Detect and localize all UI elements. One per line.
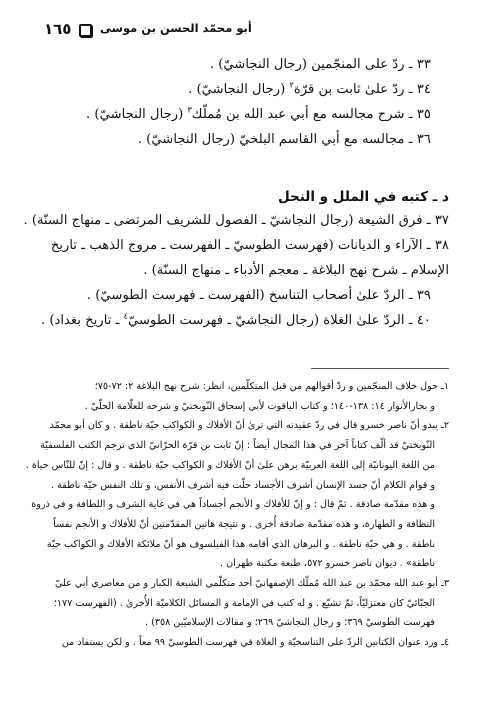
item-number: ٤٠	[417, 313, 431, 328]
footnote-line: النظافة و الطهارة، و هذه مقدّمة صادقة أُ…	[39, 515, 449, 535]
footnote-number: ٤ـ	[441, 637, 449, 648]
footnote-line: و قوام الكلام أنّ جسد الإنسان أشرف الأجس…	[39, 476, 449, 496]
item-text: الإسلام ـ شرح نهج البلاغة ـ معجم الأدباء…	[143, 263, 449, 278]
footnote-line: من اللغة اليونانيّة إلى اللغة العربيّة ب…	[39, 456, 449, 476]
footnote-number: ١ـ	[441, 381, 449, 392]
footnote-line: فهرست الطوسيّ ٣٦٩؛ و رجال النجاشيّ ٢٦٩؛ …	[39, 613, 449, 633]
footnote-line: و بحارالأنوار ١٤: ١٣٨-١٤٠؛ و كتاب الياقو…	[39, 397, 449, 417]
footnote-line: الجبّائيّ كان معتزليّاً، ثمّ تشيّع . و ل…	[39, 594, 449, 614]
footnote-divider	[311, 368, 449, 369]
footnote-line: ناطقة . و هي حيّة ناطقة . و البرهان الذي…	[39, 535, 449, 555]
footnote-number: ٢ـ	[441, 420, 449, 431]
item-text: ـ الردّ علىٰ الغلاة (رجال النجاشيّ ـ فهر…	[128, 313, 413, 328]
footnote-4: ٤ـ ورد عنوان الكتابين الردّ على التناسخي…	[39, 633, 449, 653]
item-text: ـ ردّ علىٰ ثابت بن قرّة	[294, 82, 413, 97]
square-box-icon	[79, 24, 92, 37]
item-text: ـ فرق الشيعة (رجال النجاشيّ ـ الفصول للش…	[23, 213, 430, 228]
item-text: ـ الآراء و الديانات (فهرست الطوسيّ ـ الف…	[51, 238, 431, 253]
list-item-40: ٤٠ ـ الردّ علىٰ الغلاة (رجال النجاشيّ ـ …	[39, 308, 449, 333]
footnotes: ١ـ حول خلاف المنجّمين و ردّ أقوالهم من ق…	[39, 377, 449, 653]
list-item-35: ٣٥ ـ شرح مجالسه مع أبي عبد الله بن مُملّ…	[39, 102, 449, 127]
list-item-34: ٣٤ ـ ردّ علىٰ ثابت بن قرّة٢ (رجال النجاش…	[39, 77, 449, 102]
running-header: ١٦٥ أبو محمّد الحسن بن موسى	[0, 20, 491, 40]
main-text: ٣٣ ـ ردّ على المنجّمين (رجال النجاشيّ) .…	[39, 52, 449, 333]
item-number: ٣٩	[417, 288, 431, 303]
item-text: ـ ردّ على المنجّمين (رجال النجاشيّ) .	[210, 57, 413, 72]
list-item-37: ٣٧ ـ فرق الشيعة (رجال النجاشيّ ـ الفصول …	[39, 208, 449, 233]
list-item-36: ٣٦ ـ مجالسه مع أبي القاسم البلخيّ (رجال …	[39, 127, 449, 152]
item-number: ٣٣	[417, 57, 431, 72]
footnote-line: ١ـ حول خلاف المنجّمين و ردّ أقوالهم من ق…	[39, 377, 449, 397]
item-number: ٣٦	[417, 132, 431, 147]
page-number: ١٦٥	[44, 20, 71, 38]
footnote-2: ٢ـ يبدو أنّ ناصر خسرو قال في ردّ عقيدته …	[39, 416, 449, 574]
footnote-number: ٣ـ	[441, 578, 449, 589]
footnote-line: ٢ـ يبدو أنّ ناصر خسرو قال في ردّ عقيدته …	[39, 416, 449, 436]
list-item-38-continued: الإسلام ـ شرح نهج البلاغة ـ معجم الأدباء…	[39, 258, 449, 283]
list-item-39: ٣٩ ـ الردّ علىٰ أصحاب التناسخ (الفهرست ـ…	[39, 283, 449, 308]
list-item-38: ٣٨ ـ الآراء و الديانات (فهرست الطوسيّ ـ …	[39, 233, 449, 258]
footnote-line: النّوبختيّ قد ألّف كتاباً آخر في هذا الم…	[39, 436, 449, 456]
item-number: ٣٤	[417, 82, 431, 97]
item-number: ٣٧	[435, 213, 449, 228]
footnote-line: ٣ـ أبو عبد الله محمّد بن عبد الله مُملّك…	[39, 574, 449, 594]
list-item-33: ٣٣ ـ ردّ على المنجّمين (رجال النجاشيّ) .	[39, 52, 449, 77]
item-text: ـ تاريخ بغداد) .	[41, 313, 124, 328]
footnote-line: ٤ـ ورد عنوان الكتابين الردّ على التناسخي…	[39, 633, 449, 653]
item-number: ٣٨	[435, 238, 449, 253]
running-title: أبو محمّد الحسن بن موسى	[100, 21, 252, 35]
item-number: ٣٥	[417, 107, 431, 122]
item-text: ـ الردّ علىٰ أصحاب التناسخ (الفهرست ـ فه…	[87, 288, 413, 303]
footnote-line: و هذه مقدّمة صادقة . ثمّ قال : و إنّ للأ…	[39, 495, 449, 515]
footnote-line: ناطقة» . ديوان ناصر خسرو ٥٧٢، طبعة مكتبة…	[39, 554, 449, 574]
footnote-1: ١ـ حول خلاف المنجّمين و ردّ أقوالهم من ق…	[39, 377, 449, 416]
item-text: ـ شرح مجالسه مع أبي عبد الله بن مُملّك	[192, 107, 413, 122]
item-text: ـ مجالسه مع أبي القاسم البلخيّ (رجال الن…	[138, 132, 413, 147]
section-heading: د ـ كتبه في الملل و النحل	[39, 186, 449, 208]
item-text: (رجال النجاشيّ) .	[86, 107, 187, 122]
item-text: (رجال النجاشيّ) .	[188, 82, 289, 97]
footnote-3: ٣ـ أبو عبد الله محمّد بن عبد الله مُملّك…	[39, 574, 449, 633]
